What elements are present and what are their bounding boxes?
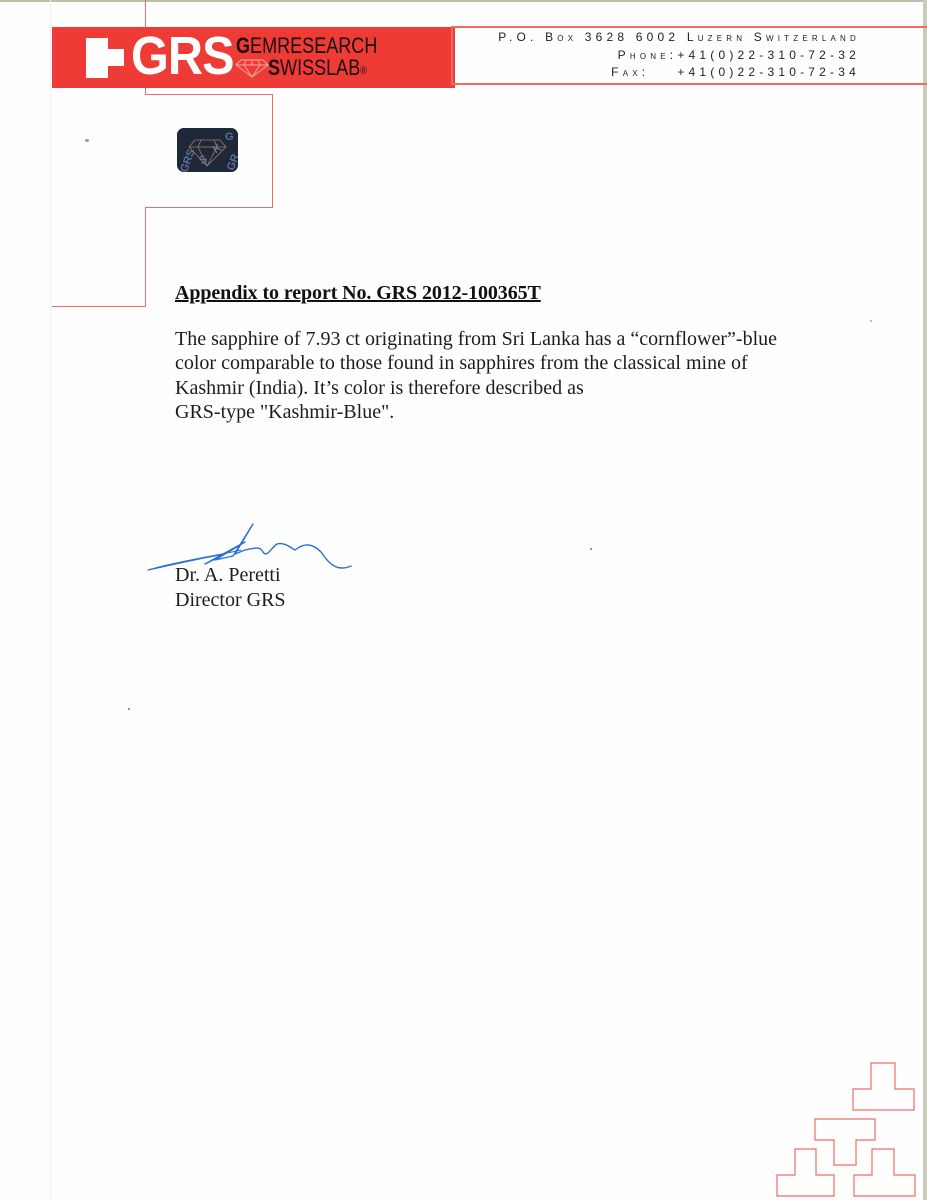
page-edge-top [0,0,927,2]
corner-ornament-icon [770,1055,920,1200]
frame-line [145,94,273,95]
frame-line [145,0,146,27]
scan-speck [128,708,130,710]
swiss-cross-icon [86,38,124,78]
frame-line [145,207,273,208]
diamond-logo-icon [235,58,269,78]
frame-line [272,94,273,208]
appendix-title: Appendix to report No. GRS 2012-100365T [175,282,541,305]
brand-name-line1: GEMRESEARCH [236,35,377,57]
frame-line [52,306,146,307]
page-edge-right [923,0,927,1200]
phone-number: Phone:+41(0)22-310-72-32 [618,48,860,62]
fax-number: Fax:+41(0)22-310-72-34 [611,65,860,79]
signer-name: Dr. A. Peretti [175,564,281,587]
scan-speck [590,548,592,550]
body-paragraph: The sapphire of 7.93 ct originating from… [175,327,835,424]
body-line: The sapphire of 7.93 ct originating from… [175,327,835,351]
scan-speck [870,320,872,322]
svg-text:G: G [225,131,234,143]
brand-name-line2: SWISSLAB® [268,57,367,82]
brand-logo-text: GRS [131,26,234,86]
scan-speck [85,139,89,142]
postal-address: P.O. Box 3628 6002 Luzern Switzerland [498,30,860,44]
body-line: color comparable to those found in sapph… [175,351,835,375]
signer-title: Director GRS [175,589,286,612]
frame-line [145,207,146,307]
hologram-seal-icon: GRS S K G GR [177,128,238,172]
body-line: GRS-type "Kashmir-Blue". [175,400,835,424]
body-line: Kashmir (India). It’s color is therefore… [175,376,835,400]
page-edge-left [50,0,51,1200]
